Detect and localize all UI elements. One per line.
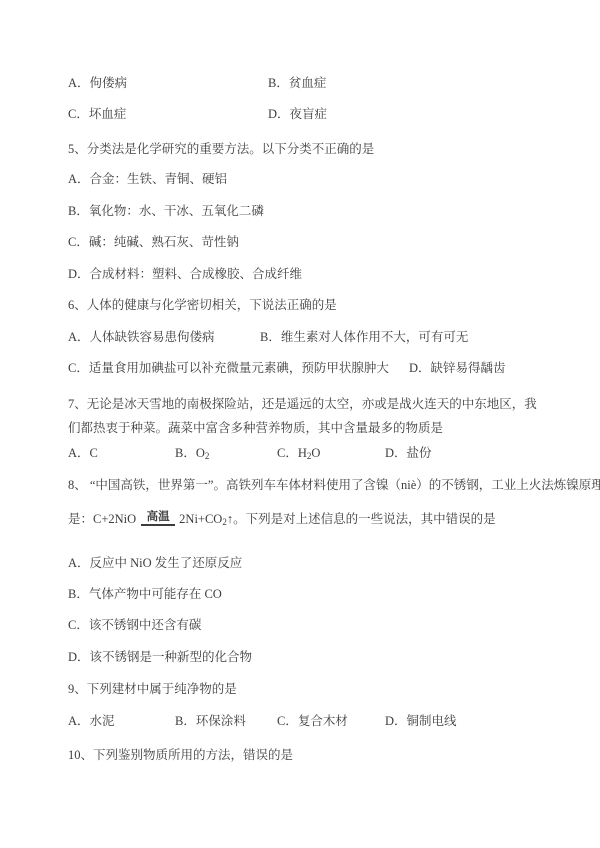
q5-stem: 5、分类法是化学研究的重要方法。以下分类不正确的是 — [68, 142, 374, 157]
q7-option-d: D．盐份 — [385, 446, 432, 461]
q8-option-a: A．反应中 NiO 发生了还原反应 — [68, 556, 242, 571]
q4-option-a: A．佝偻病 — [68, 76, 127, 90]
q7-option-c: C．H2O — [277, 446, 320, 461]
q7-stem: 7、无论是冰天雪地的南极探险站，还是遥远的太空，亦或是战火连天的中东地区，我们都… — [68, 392, 548, 440]
q6-options-row-2: C．适量食用加碘盐可以补充微量元素碘，预防甲状腺肿大 D．缺锌易得龋齿 — [68, 361, 506, 376]
q8-option-c: C．该不锈钢中还含有碳 — [68, 618, 201, 633]
q9-option-d: D．铜制电线 — [385, 714, 457, 729]
q8-option-d: D．该不锈钢是一种新型的化合物 — [68, 650, 252, 665]
q6-option-d: D．缺锌易得龋齿 — [409, 361, 506, 375]
q8-formula-line: 是：C+2NiO高温2Ni+CO2↑。下列是对上述信息的一些说法，其中错误的是 — [68, 512, 496, 529]
q8-stem: 8、 “中国高铁，世界第一”。高铁列车车体材料使用了含镍（niè）的不锈钢，工业… — [68, 478, 600, 493]
q6-stem: 6、人体的健康与化学密切相关，下说法正确的是 — [68, 298, 337, 313]
q4-option-d: D．夜盲症 — [268, 107, 327, 122]
q10-stem: 10、下列鉴别物质所用的方法，错误的是 — [68, 748, 293, 763]
q4-option-c: C．坏血症 — [68, 107, 126, 121]
q5-option-d: D．合成材料：塑料、合成橡胶、合成纤维 — [68, 267, 302, 282]
q7-option-a: A．C — [68, 446, 98, 461]
q6-options-row-1: A．人体缺铁容易患佝偻病 B．维生素对人体作用不大，可有可无 — [68, 330, 548, 345]
q9-option-b: B．环保涂料 — [175, 714, 246, 729]
q6-option-a: A．人体缺铁容易患佝偻病 — [68, 330, 215, 344]
q9-stem: 9、下列建材中属于纯净物的是 — [68, 682, 237, 697]
q6-option-c: C．适量食用加碘盐可以补充微量元素碘，预防甲状腺肿大 — [68, 361, 389, 375]
q6-option-b: B．维生素对人体作用不大，可有可无 — [260, 330, 468, 345]
reaction-condition: 高温 — [141, 511, 175, 526]
exam-document-page: A．佝偻病 B．贫血症 C．坏血症 D．夜盲症 5、分类法是化学研究的重要方法。… — [0, 0, 600, 848]
condition-label: 高温 — [144, 511, 172, 524]
q5-option-a: A．合金：生铁、青铜、硬铝 — [68, 172, 227, 187]
q8-option-b: B．气体产物中可能存在 CO — [68, 587, 222, 602]
q8-formula-suffix: 。下列是对上述信息的一些说法，其中错误的是 — [233, 512, 496, 526]
q4-options-row-2: C．坏血症 D．夜盲症 — [68, 107, 548, 122]
q8-formula-product: 2Ni+CO — [179, 512, 222, 526]
q4-options-row-1: A．佝偻病 B．贫血症 — [68, 76, 548, 91]
q5-option-b: B．氧化物：水、干冰、五氧化二磷 — [68, 204, 264, 219]
q5-option-c: C．碱：纯碱、熟石灰、苛性钠 — [68, 235, 239, 250]
q8-formula-prefix: 是：C+2NiO — [68, 512, 136, 526]
q7-option-b: B．O2 — [175, 446, 209, 461]
q9-option-a: A．水泥 — [68, 714, 115, 729]
q4-option-b: B．贫血症 — [268, 76, 326, 91]
q9-option-c: C．复合木材 — [277, 714, 348, 729]
